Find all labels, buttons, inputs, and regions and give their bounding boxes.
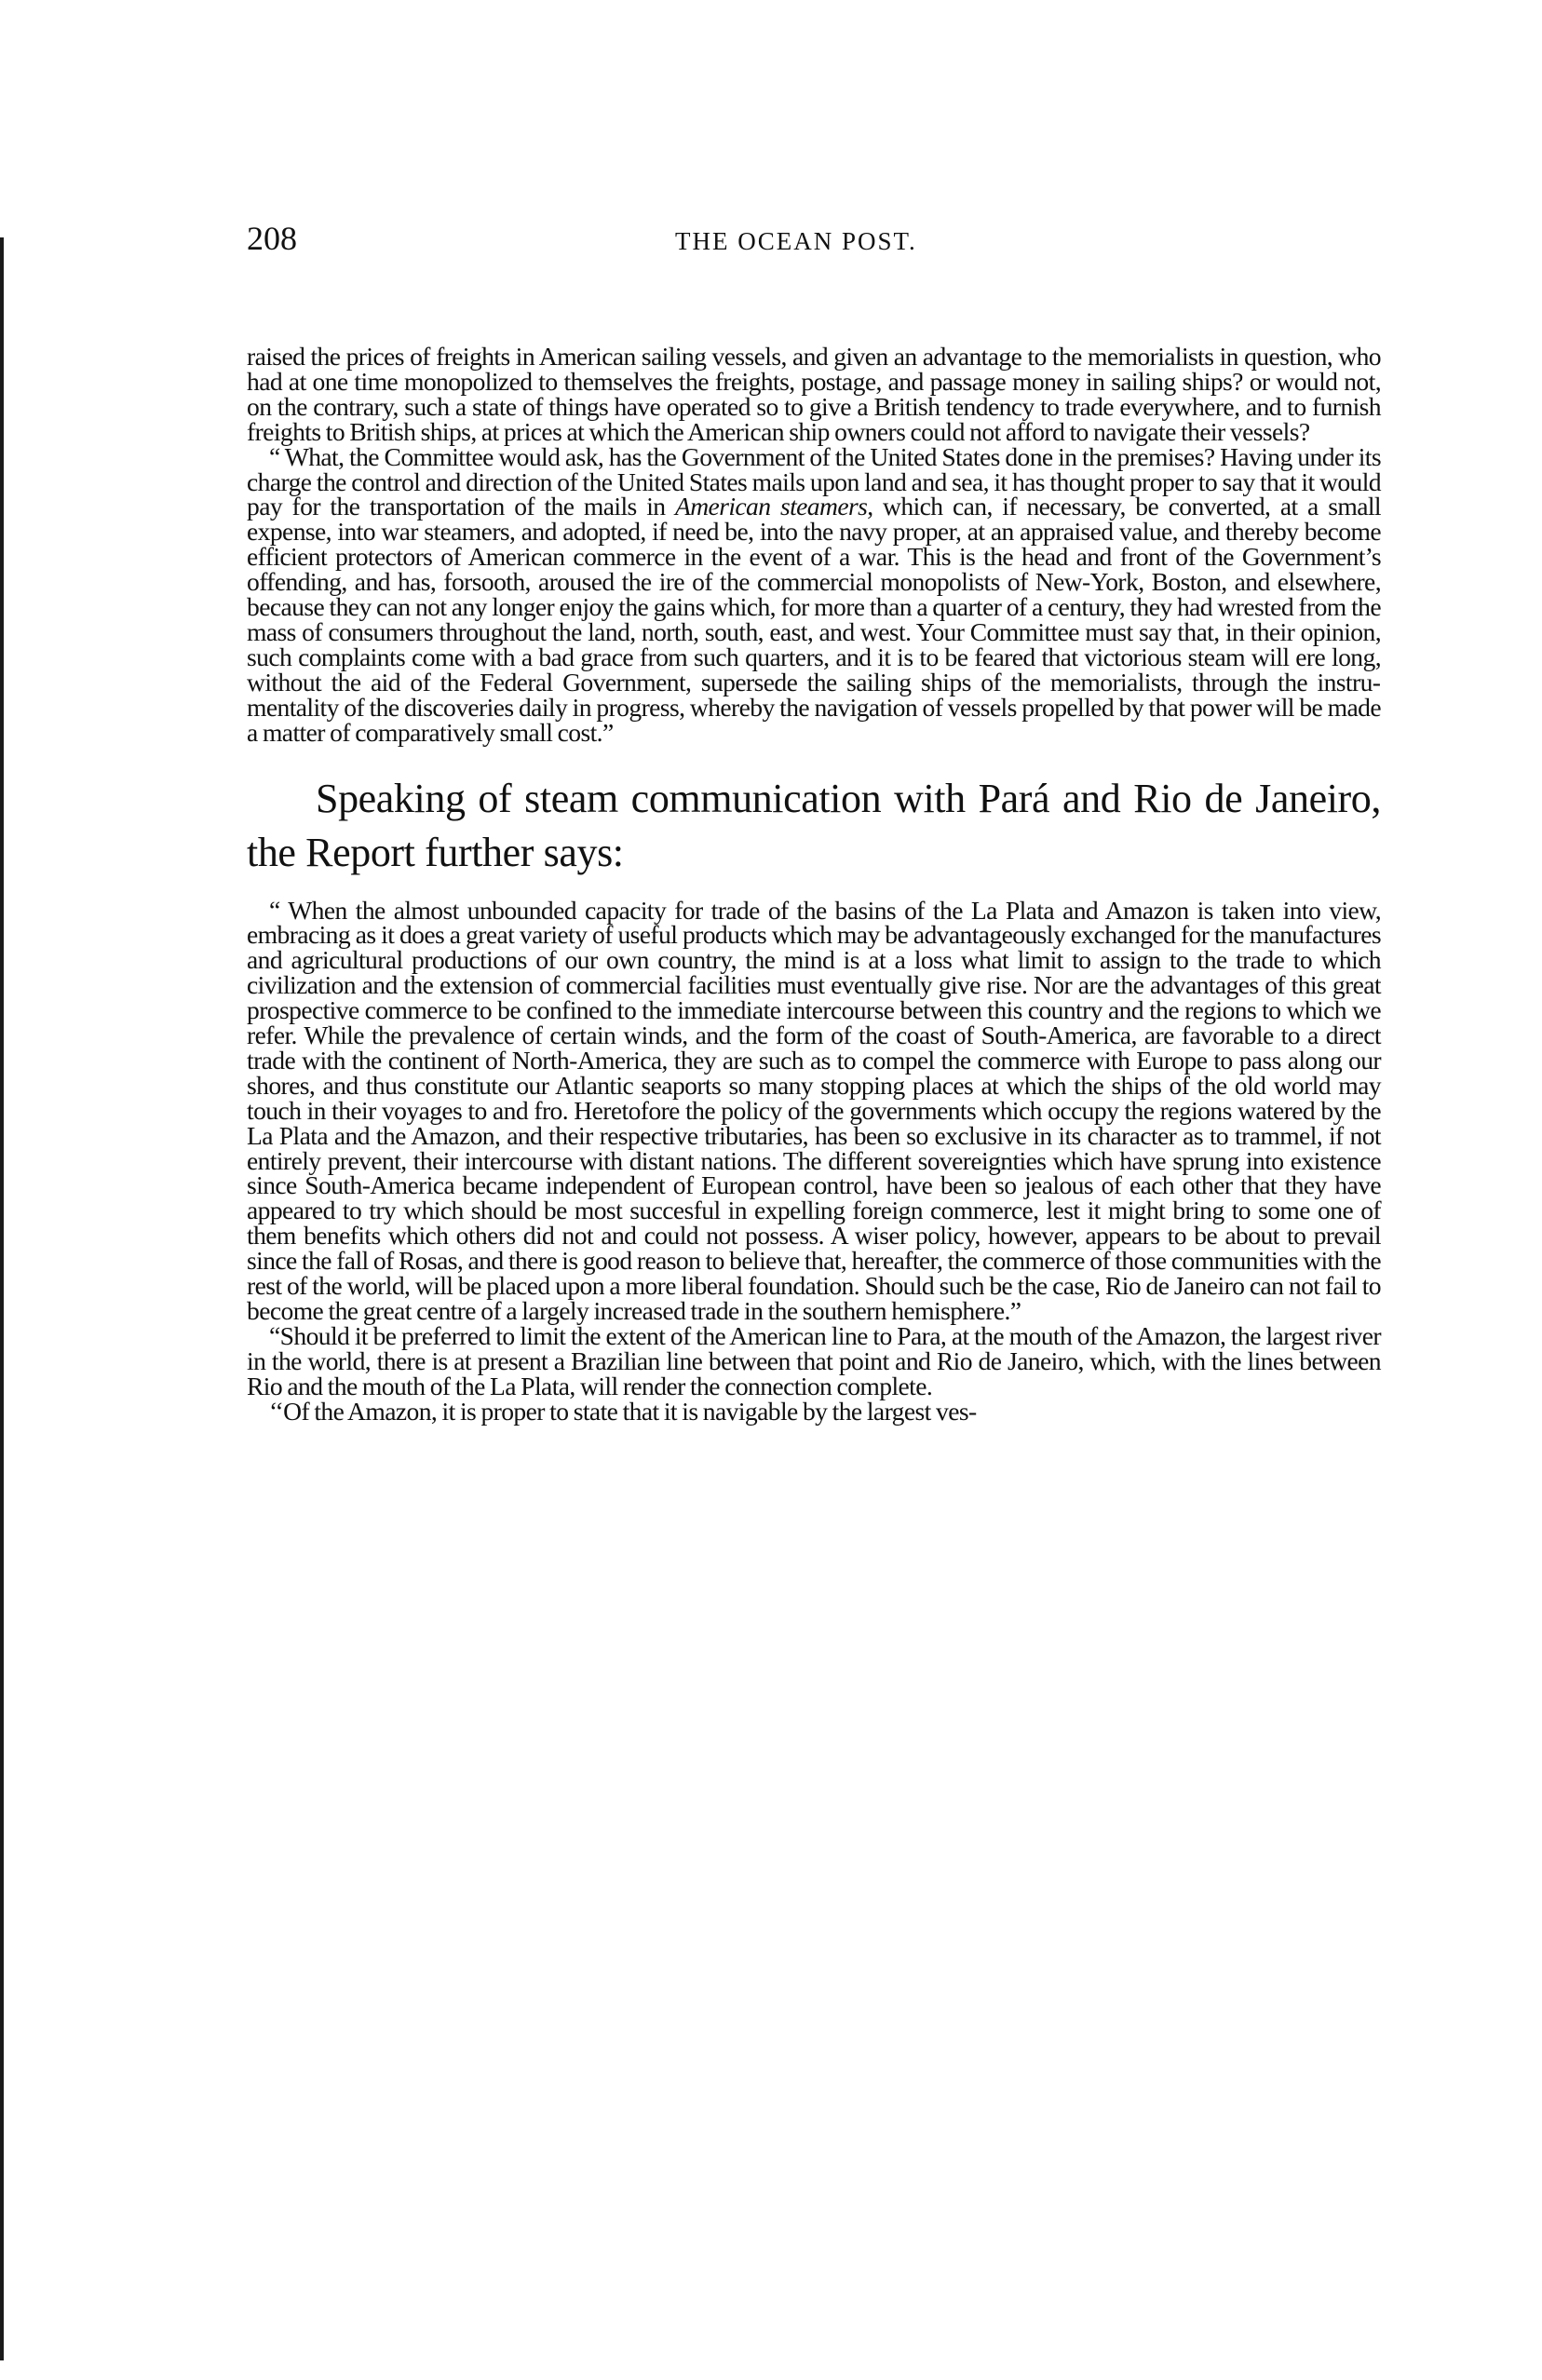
body-text: raised the prices of freights in America… [247,345,1381,1425]
paragraph-text: raised the prices of freights in America… [247,342,1381,446]
paragraph-text: , which can, if necessary, be converted,… [247,492,1381,746]
paragraph-3-la-plata-amazon: “ When the almost unbounded capacity for… [247,899,1381,1324]
paragraph-2-committee-quote: “ What, the Committee would ask, has the… [247,445,1381,746]
running-title: THE OCEAN POST. [675,225,917,257]
paragraph-1: raised the prices of freights in America… [247,345,1381,445]
paragraph-4-para-line: “Should it be preferred to limit the ext… [247,1324,1381,1400]
paragraph-5-amazon-navigable: ‘‘Of the Amazon, it is proper to state t… [247,1400,1381,1425]
section-heading: Speaking of steam communication with Par… [247,772,1381,880]
scan-edge-shadow [0,237,4,2360]
running-head: 208 THE OCEAN POST. [247,220,1381,266]
page-number: 208 [247,220,297,257]
